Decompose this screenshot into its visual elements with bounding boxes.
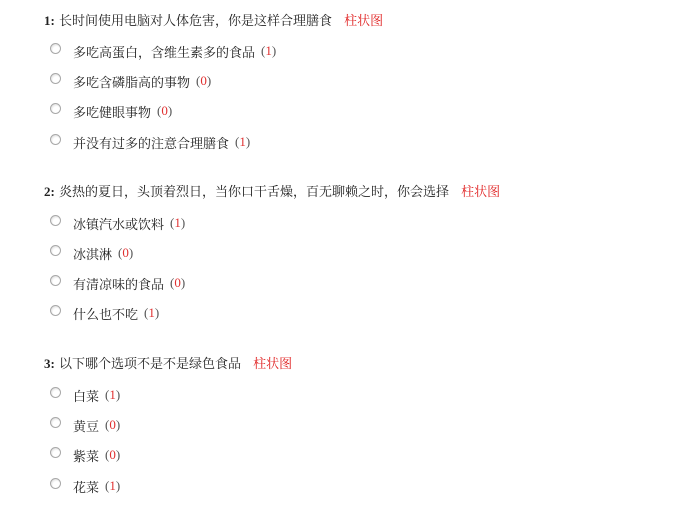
vote-count: (0) bbox=[157, 103, 172, 119]
option-1[interactable]: 多吃高蛋白，含维生素多的食品 (1) bbox=[50, 41, 276, 61]
radio-button[interactable] bbox=[50, 417, 61, 428]
question-title: 2: 炎热的夏日，头顶着烈日，当你口干舌燥，百无聊赖之时，你会选择 柱状图 bbox=[44, 183, 500, 202]
option-label: 黄豆 bbox=[73, 416, 99, 435]
option-label: 什么也不吃 bbox=[73, 304, 138, 323]
vote-count: (1) bbox=[144, 305, 159, 321]
radio-button[interactable] bbox=[50, 73, 61, 84]
question-title: 3: 以下哪个选项不是不是绿色食品 柱状图 bbox=[44, 355, 292, 374]
option-2[interactable]: 冰淇淋 (0) bbox=[50, 243, 133, 263]
vote-count: (1) bbox=[261, 43, 276, 59]
radio-button[interactable] bbox=[50, 387, 61, 398]
question-number: 1: bbox=[44, 13, 55, 28]
option-2[interactable]: 多吃含磷脂高的事物 (0) bbox=[50, 71, 211, 91]
radio-button[interactable] bbox=[50, 43, 61, 54]
bar-chart-link[interactable]: 柱状图 bbox=[461, 185, 500, 200]
bar-chart-link[interactable]: 柱状图 bbox=[253, 357, 292, 372]
option-label: 并没有过多的注意合理膳食 bbox=[73, 133, 229, 152]
option-label: 紫菜 bbox=[73, 446, 99, 465]
option-3[interactable]: 有清凉味的食品 (0) bbox=[50, 273, 185, 293]
option-1[interactable]: 冰镇汽水或饮料 (1) bbox=[50, 213, 185, 233]
option-label: 冰淇淋 bbox=[73, 244, 112, 263]
vote-count: (1) bbox=[105, 387, 120, 403]
option-label: 白菜 bbox=[73, 386, 99, 405]
bar-chart-link[interactable]: 柱状图 bbox=[344, 14, 383, 29]
question-title: 1: 长时间使用电脑对人体危害，你是这样合理膳食 柱状图 bbox=[44, 12, 383, 31]
radio-button[interactable] bbox=[50, 134, 61, 145]
option-4[interactable]: 什么也不吃 (1) bbox=[50, 303, 159, 323]
option-3[interactable]: 多吃健眼事物 (0) bbox=[50, 101, 172, 121]
option-4[interactable]: 并没有过多的注意合理膳食 (1) bbox=[50, 132, 250, 152]
radio-button[interactable] bbox=[50, 215, 61, 226]
option-label: 多吃健眼事物 bbox=[73, 102, 151, 121]
vote-count: (1) bbox=[235, 134, 250, 150]
option-3[interactable]: 紫菜 (0) bbox=[50, 445, 120, 465]
radio-button[interactable] bbox=[50, 478, 61, 489]
option-4[interactable]: 花菜 (1) bbox=[50, 476, 120, 496]
question-number: 3: bbox=[44, 356, 55, 371]
option-label: 冰镇汽水或饮料 bbox=[73, 214, 164, 233]
question-text: 炎热的夏日，头顶着烈日，当你口干舌燥，百无聊赖之时，你会选择 bbox=[59, 185, 449, 200]
vote-count: (0) bbox=[196, 73, 211, 89]
question-text: 长时间使用电脑对人体危害，你是这样合理膳食 bbox=[59, 14, 332, 29]
radio-button[interactable] bbox=[50, 447, 61, 458]
radio-button[interactable] bbox=[50, 305, 61, 316]
option-label: 有清凉味的食品 bbox=[73, 274, 164, 293]
vote-count: (0) bbox=[118, 245, 133, 261]
question-number: 2: bbox=[44, 184, 55, 199]
option-label: 多吃高蛋白，含维生素多的食品 bbox=[73, 42, 255, 61]
vote-count: (0) bbox=[105, 417, 120, 433]
radio-button[interactable] bbox=[50, 103, 61, 114]
option-2[interactable]: 黄豆 (0) bbox=[50, 415, 120, 435]
vote-count: (1) bbox=[105, 478, 120, 494]
option-label: 多吃含磷脂高的事物 bbox=[73, 72, 190, 91]
question-text: 以下哪个选项不是不是绿色食品 bbox=[59, 357, 241, 372]
vote-count: (0) bbox=[105, 447, 120, 463]
vote-count: (1) bbox=[170, 215, 185, 231]
vote-count: (0) bbox=[170, 275, 185, 291]
option-1[interactable]: 白菜 (1) bbox=[50, 385, 120, 405]
radio-button[interactable] bbox=[50, 245, 61, 256]
radio-button[interactable] bbox=[50, 275, 61, 286]
option-label: 花菜 bbox=[73, 477, 99, 496]
